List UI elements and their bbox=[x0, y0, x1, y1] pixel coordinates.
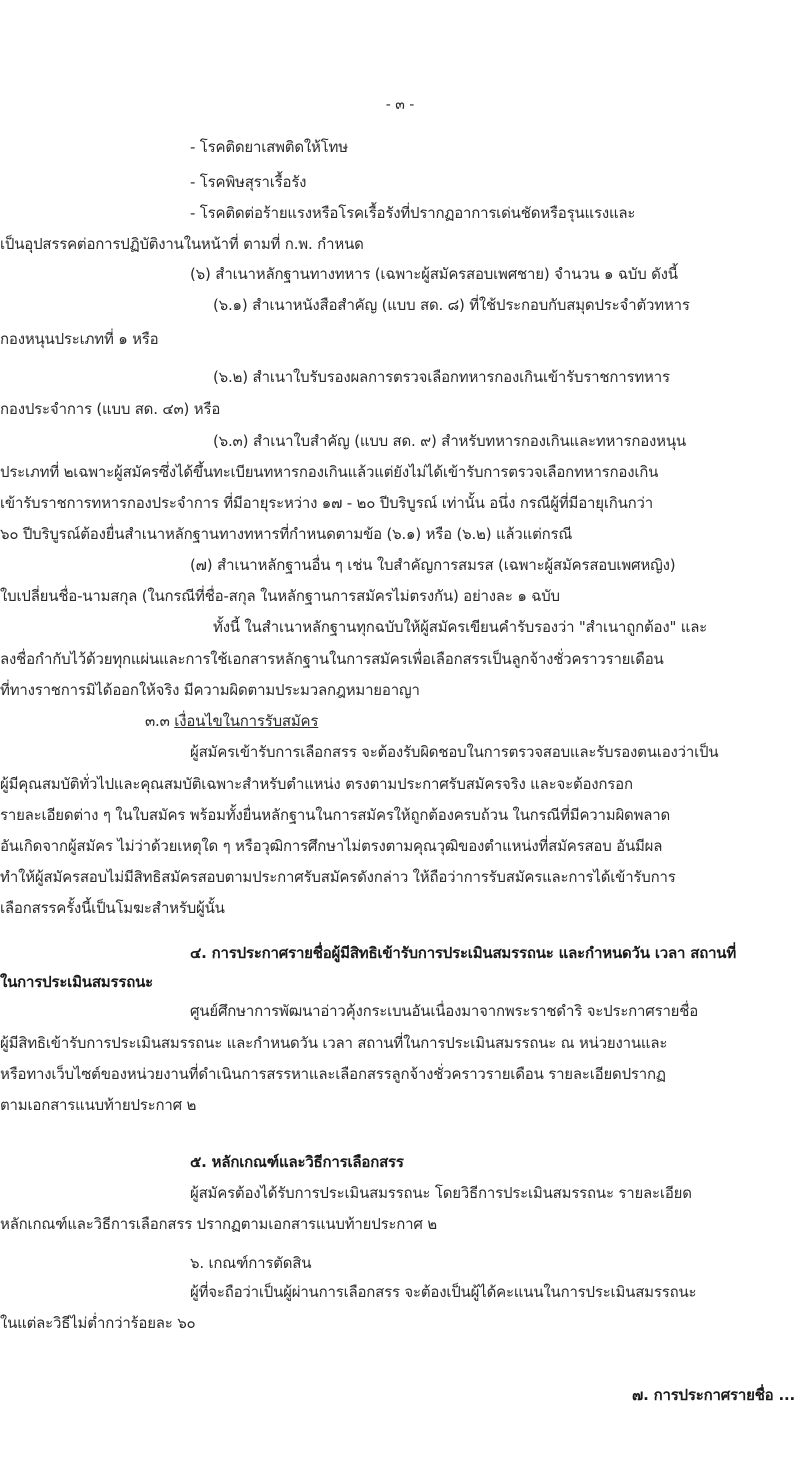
text-line: ผู้สมัครเข้ารับการเลือกสรร จะต้องรับผิดช… bbox=[190, 742, 718, 762]
text-line: กองหนุนประเภทที่ ๑ หรือ bbox=[0, 329, 158, 349]
text-line: ใบเปลี่ยนชื่อ-นามสกุล (ในกรณีที่ชื่อ-สกุ… bbox=[0, 586, 560, 606]
section-4-heading: ๔. การประกาศรายชื่อผู้มีสิทธิเข้ารับการป… bbox=[190, 943, 736, 963]
section-6-heading: ๖. เกณฑ์การตัดสิน bbox=[190, 1253, 311, 1273]
text-line: (๖.๓) สำเนาใบสำคัญ (แบบ สด. ๙) สำหรับทหา… bbox=[213, 431, 686, 451]
text-line: ผู้สมัครต้องได้รับการประเมินสมรรถนะ โดยว… bbox=[190, 1183, 692, 1203]
text-line: ๖๐ ปีบริบูรณ์ต้องยื่นสำเนาหลักฐานทางทหาร… bbox=[0, 524, 572, 544]
text-line: หลักเกณฑ์และวิธีการเลือกสรร ปรากฏตามเอกส… bbox=[0, 1214, 437, 1234]
text-line: เลือกสรรครั้งนี้เป็นโมฆะสำหรับผู้นั้น bbox=[0, 898, 225, 918]
text-line: ผู้ที่จะถือว่าเป็นผู้ผ่านการเลือกสรร จะต… bbox=[190, 1282, 696, 1302]
section-3-3-heading: ๓.๓ เงื่อนไขในการรับสมัคร bbox=[145, 711, 318, 731]
next-page-continuation: ๗. การประกาศรายชื่อ ... bbox=[632, 1385, 795, 1405]
text-line: - โรคพิษสุราเรื้อรัง bbox=[190, 172, 306, 192]
text-line: ศูนย์ศึกษาการพัฒนาอ่าวคุ้งกระเบนอันเนื่อ… bbox=[190, 1001, 698, 1021]
text-line: ผู้มีสิทธิเข้ารับการประเมินสมรรถนะ และกำ… bbox=[0, 1033, 667, 1053]
text-line: ผู้มีคุณสมบัติทั่วไปและคุณสมบัติเฉพาะสำห… bbox=[0, 774, 633, 794]
text-line: ในแต่ละวิธีไม่ต่ำกว่าร้อยละ ๖๐ bbox=[0, 1313, 196, 1333]
section-title: เงื่อนไขในการรับสมัคร bbox=[174, 712, 318, 730]
text-line: (๖) สำเนาหลักฐานทางทหาร (เฉพาะผู้สมัครสอ… bbox=[190, 264, 678, 284]
text-line: ลงชื่อกำกับไว้ด้วยทุกแผ่นและการใช้เอกสาร… bbox=[0, 649, 664, 669]
text-line: กองประจำการ (แบบ สด. ๔๓) หรือ bbox=[0, 399, 220, 419]
text-line: เป็นอุปสรรคต่อการปฏิบัติงานในหน้าที่ ตาม… bbox=[0, 234, 364, 254]
text-line: (๖.๑) สำเนาหนังสือสำคัญ (แบบ สด. ๘) ที่ใ… bbox=[213, 295, 690, 315]
text-line: เข้ารับราชการทหารกองประจำการ ที่มีอายุระ… bbox=[0, 493, 653, 513]
page-number: - ๓ - bbox=[0, 94, 800, 116]
text-line: อันเกิดจากผู้สมัคร ไม่ว่าด้วยเหตุใด ๆ หร… bbox=[0, 836, 662, 856]
section-5-heading: ๕. หลักเกณฑ์และวิธีการเลือกสรร bbox=[190, 1152, 404, 1172]
text-line: หรือทางเว็บไซต์ของหน่วยงานที่ดำเนินการสร… bbox=[0, 1064, 666, 1084]
section-4-heading-cont: ในการประเมินสมรรถนะ bbox=[0, 972, 153, 992]
text-line: - โรคติดยาเสพติดให้โทษ bbox=[190, 137, 348, 157]
text-line: ทำให้ผู้สมัครสอบไม่มีสิทธิสมัครสอบตามประ… bbox=[0, 867, 676, 887]
text-line: รายละเอียดต่าง ๆ ในใบสมัคร พร้อมทั้งยื่น… bbox=[0, 805, 670, 825]
text-line: - โรคติดต่อร้ายแรงหรือโรคเรื้อรังที่ปราก… bbox=[190, 203, 635, 223]
text-line: (๖.๒) สำเนาใบรับรองผลการตรวจเลือกทหารกอง… bbox=[213, 367, 670, 387]
text-line: ตามเอกสารแนบท้ายประกาศ ๒ bbox=[0, 1095, 196, 1115]
text-line: ทั้งนี้ ในสำเนาหลักฐานทุกฉบับให้ผู้สมัคร… bbox=[213, 617, 707, 637]
section-number: ๓.๓ bbox=[145, 712, 170, 730]
text-line: (๗) สำเนาหลักฐานอื่น ๆ เช่น ใบสำคัญการสม… bbox=[190, 555, 675, 575]
text-line: ที่ทางราชการมิได้ออกให้จริง มีความผิดตาม… bbox=[0, 680, 420, 700]
text-line: ประเภทที่ ๒เฉพาะผู้สมัครซึ่งได้ขึ้นทะเบี… bbox=[0, 462, 658, 482]
